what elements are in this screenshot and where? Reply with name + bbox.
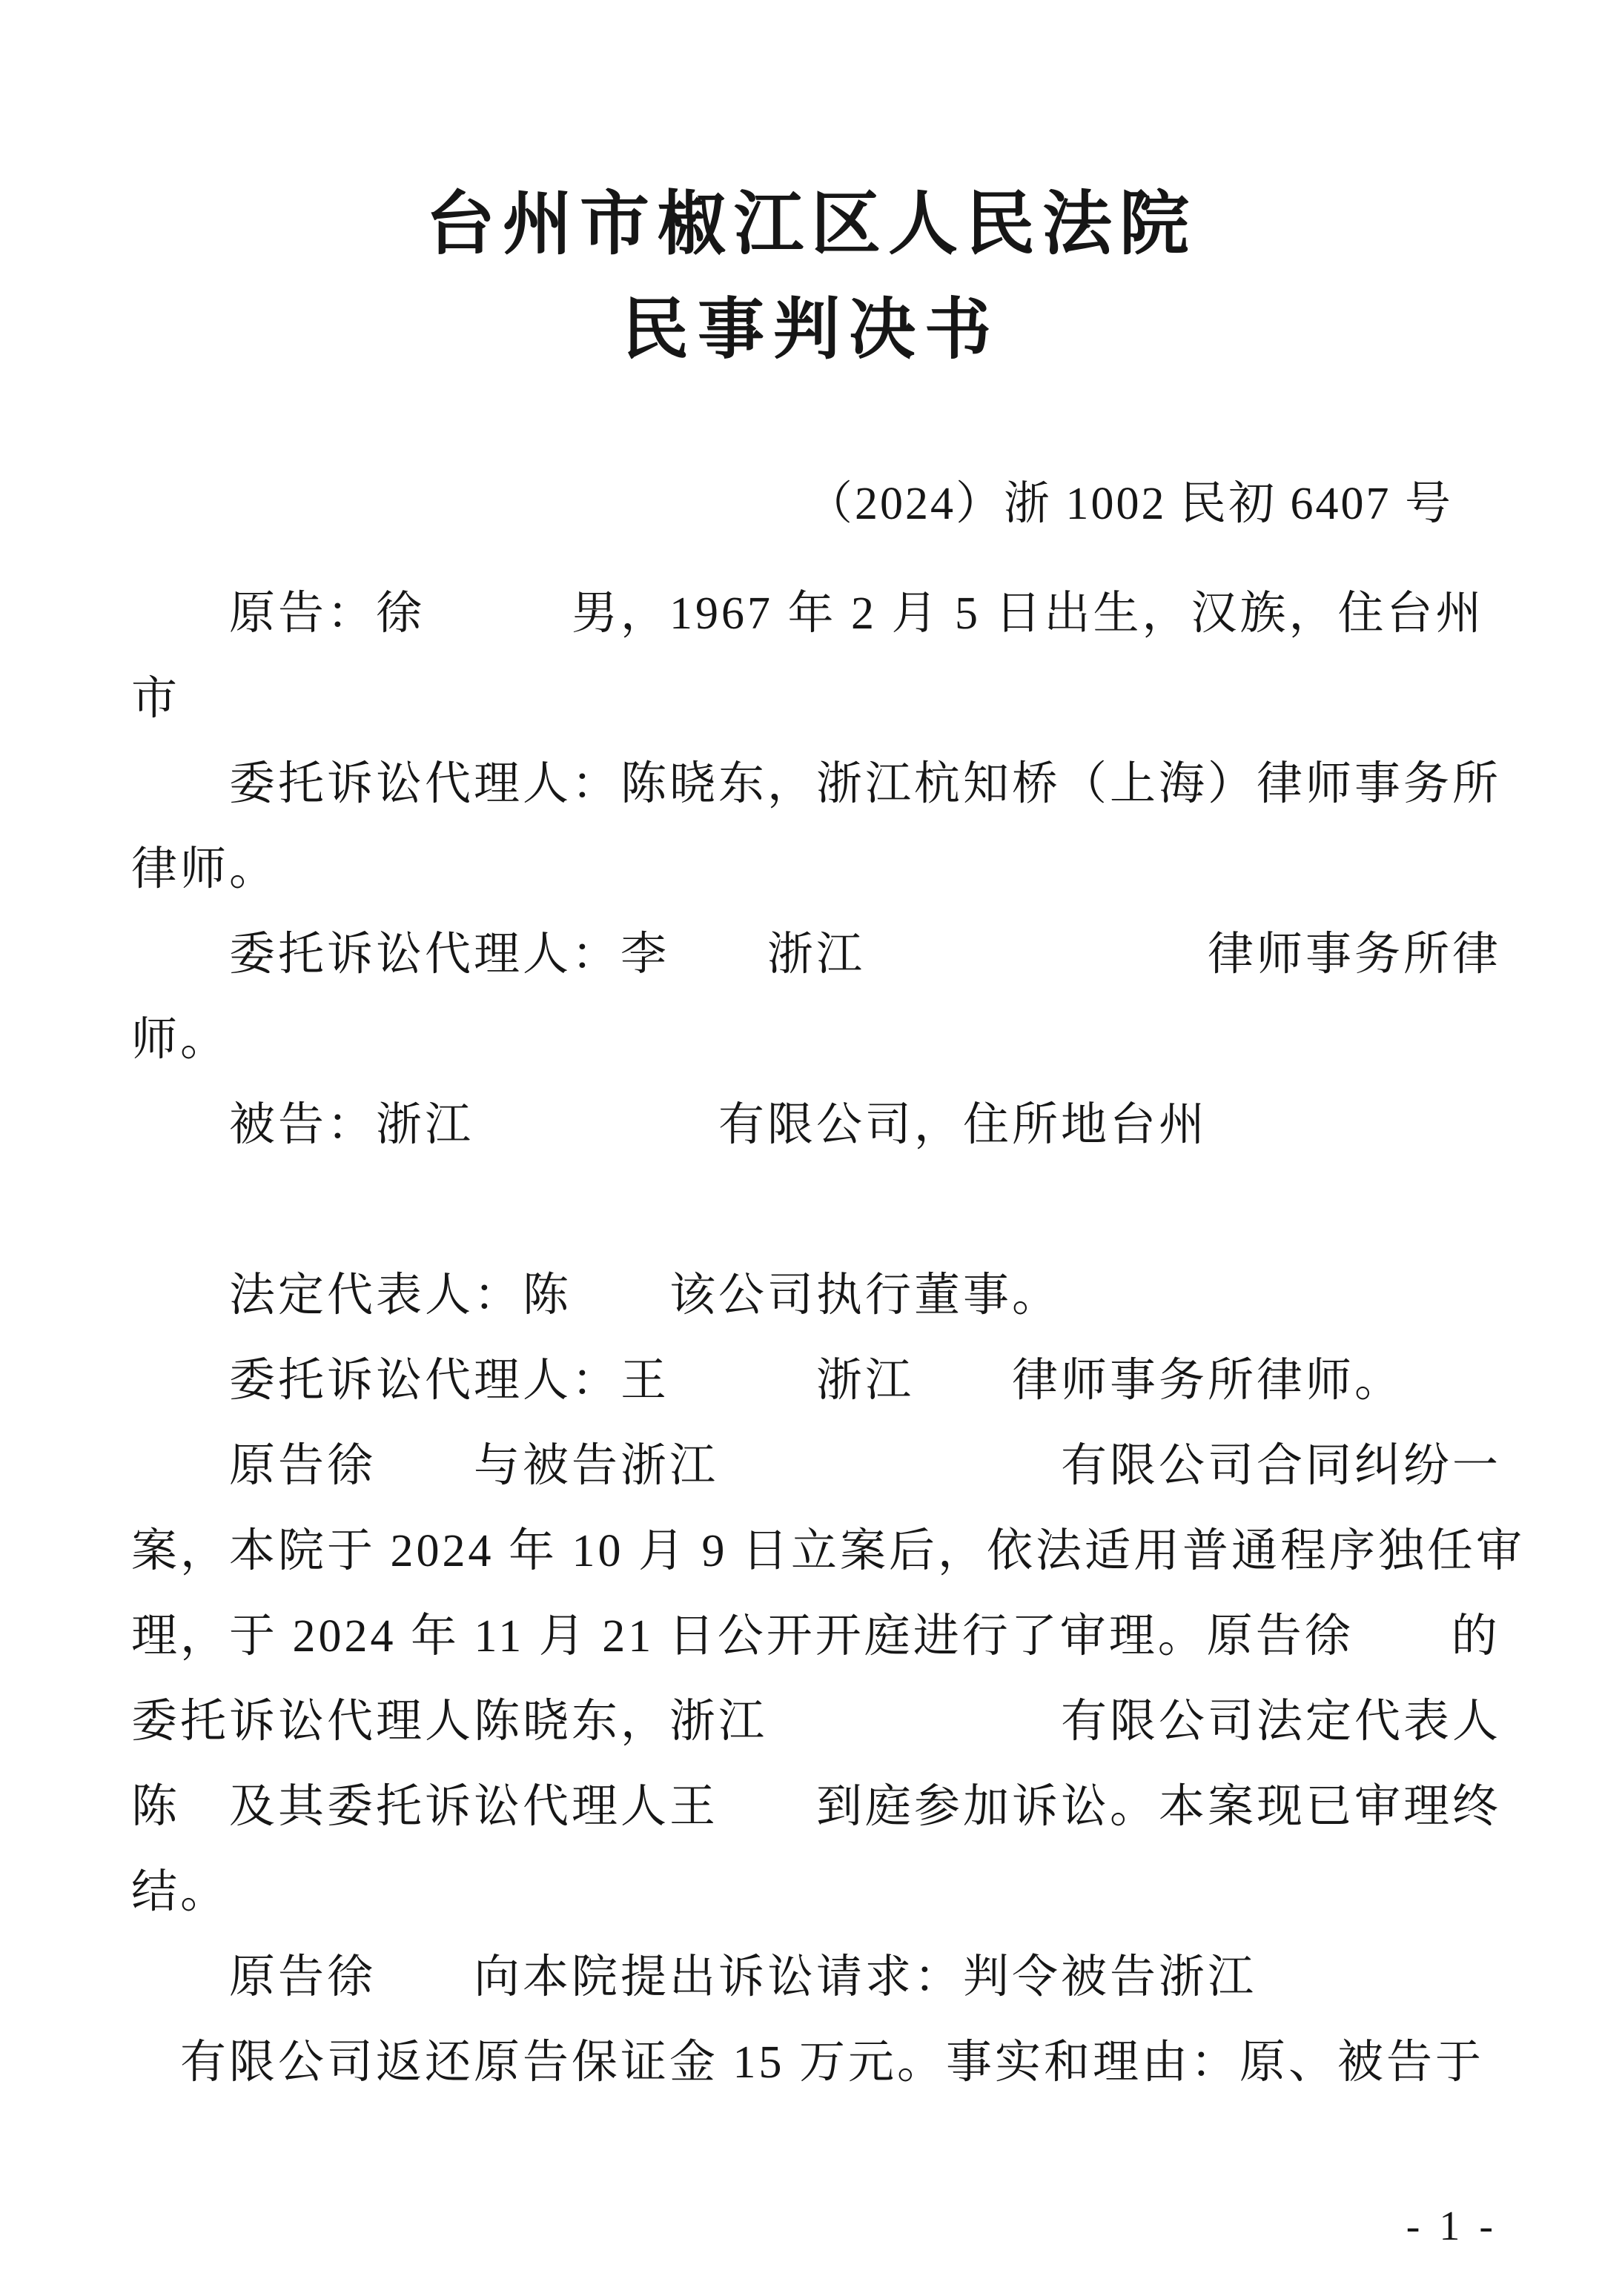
body-line: 被告：浙江 有限公司，住所地台州 <box>131 1083 1569 1168</box>
body-line: 委托诉讼代理人：陈晓东，浙江杭知桥（上海）律师事务所 <box>131 742 1569 827</box>
body-line: 市 <box>131 657 1569 742</box>
body-line: 案，本院于 2024 年 10 月 9 日立案后，依法适用普通程序独任审 <box>131 1509 1569 1594</box>
judgment-body: 原告：徐 男，1967 年 2 月 5 日出生，汉族，住台州 市 委托诉讼代理人… <box>131 571 1569 2106</box>
document-type-title: 民事判决书 <box>0 291 1622 371</box>
body-line: 理，于 2024 年 11 月 21 日公开开庭进行了审理。原告徐 的 <box>131 1594 1569 1679</box>
body-line: 委托诉讼代理人：王 浙江 律师事务所律师。 <box>131 1338 1569 1424</box>
body-line: 委托诉讼代理人陈晓东，浙江 有限公司法定代表人 <box>131 1679 1569 1765</box>
body-line: 原告徐 与被告浙江 有限公司合同纠纷一 <box>131 1424 1569 1509</box>
court-name-title: 台州市椒江区人民法院 <box>0 184 1622 265</box>
body-line: 原告徐 向本院提出诉讼请求：判令被告浙江 <box>131 1935 1569 2020</box>
body-line: 师。 <box>131 998 1569 1083</box>
body-line: 陈 及其委托诉讼代理人王 到庭参加诉讼。本案现已审理终 <box>131 1765 1569 1850</box>
body-line: 有限公司返还原告保证金 15 万元。事实和理由：原、被告于 <box>131 2020 1569 2106</box>
body-line: 法定代表人：陈 该公司执行董事。 <box>131 1253 1569 1338</box>
document-page: 台州市椒江区人民法院 民事判决书 （2024）浙 1002 民初 6407 号 … <box>0 0 1622 2296</box>
page-number: - 1 - <box>1406 2203 1497 2250</box>
body-line: 结。 <box>131 1850 1569 1935</box>
body-line: 律师。 <box>131 827 1569 912</box>
body-line: 委托诉讼代理人：李 浙江 律师事务所律 <box>131 912 1569 998</box>
body-line: 原告：徐 男，1967 年 2 月 5 日出生，汉族，住台州 <box>131 571 1569 657</box>
case-number: （2024）浙 1002 民初 6407 号 <box>0 474 1622 534</box>
body-line-blank <box>131 1168 1569 1253</box>
